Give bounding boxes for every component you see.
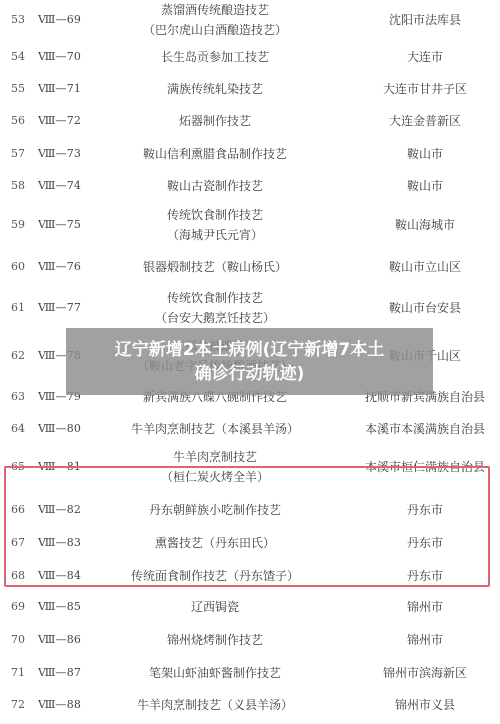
project-name: 牛羊肉烹制技艺（义县羊汤） <box>110 697 320 713</box>
row-number: 71 <box>11 665 25 681</box>
table-row: 72Ⅷ—88牛羊肉烹制技艺（义县羊汤）锦州市义县 <box>0 697 500 713</box>
applicant-location: 鞍山市 <box>340 146 500 162</box>
project-code: Ⅷ—88 <box>38 697 81 713</box>
applicant-location: 锦州市 <box>340 599 500 615</box>
project-code: Ⅷ—77 <box>38 288 81 328</box>
project-name: 传统饮食制作技艺（台安大鹅烹饪技艺） <box>110 288 320 328</box>
project-name-line: 牛羊肉烹制技艺（本溪县羊汤） <box>110 421 320 437</box>
project-name-line: 辽西锔瓷 <box>110 599 320 615</box>
project-name: 鞍山信利熏腊食品制作技艺 <box>110 146 320 162</box>
row-number: 62 <box>11 336 25 376</box>
project-name-line: 炻器制作技艺 <box>110 113 320 129</box>
project-name: 蒸馏酒传统酿造技艺（巴尔虎山白酒酿造技艺） <box>110 0 320 40</box>
table-row: 61Ⅷ—77传统饮食制作技艺（台安大鹅烹饪技艺）鞍山市台安县 <box>0 288 500 328</box>
project-name-line: 传统饮食制作技艺 <box>110 205 320 225</box>
row-number: 59 <box>11 205 25 245</box>
project-code: Ⅷ—87 <box>38 665 81 681</box>
row-number: 69 <box>11 599 25 615</box>
project-name-line: 传统饮食制作技艺 <box>110 288 320 308</box>
row-number: 63 <box>11 389 25 405</box>
applicant-location: 大连市甘井子区 <box>340 81 500 97</box>
table-row: 60Ⅷ—76银器煅制技艺（鞍山杨氏）鞍山市立山区 <box>0 259 500 275</box>
applicant-location: 鞍山海城市 <box>340 205 500 245</box>
table-row: 57Ⅷ—73鞍山信利熏腊食品制作技艺鞍山市 <box>0 146 500 162</box>
row-number: 58 <box>11 178 25 194</box>
project-code: Ⅷ—73 <box>38 146 81 162</box>
table-row: 71Ⅷ—87笔架山虾油虾酱制作技艺锦州市滨海新区 <box>0 665 500 681</box>
headline-overlay[interactable]: 辽宁新增2本土病例(辽宁新增7本土 确诊行动轨迹) <box>66 328 433 395</box>
table-row: 64Ⅷ—80牛羊肉烹制技艺（本溪县羊汤）本溪市本溪满族自治县 <box>0 421 500 437</box>
applicant-location: 鞍山市 <box>340 178 500 194</box>
row-number: 55 <box>11 81 25 97</box>
project-code: Ⅷ—74 <box>38 178 81 194</box>
project-name-line: （台安大鹅烹饪技艺） <box>110 308 320 328</box>
row-number: 60 <box>11 259 25 275</box>
row-number: 64 <box>11 421 25 437</box>
project-name: 银器煅制技艺（鞍山杨氏） <box>110 259 320 275</box>
table-row: 56Ⅷ—72炻器制作技艺大连金普新区 <box>0 113 500 129</box>
project-code: Ⅷ—70 <box>38 49 81 65</box>
table-row: 70Ⅷ—86锦州烧烤制作技艺锦州市 <box>0 632 500 648</box>
project-name-line: 银器煅制技艺（鞍山杨氏） <box>110 259 320 275</box>
applicant-location: 沈阳市法库县 <box>340 0 500 40</box>
row-number: 61 <box>11 288 25 328</box>
table-row: 54Ⅷ—70长生岛贡参加工技艺大连市 <box>0 49 500 65</box>
row-number: 56 <box>11 113 25 129</box>
project-name-line: 长生岛贡参加工技艺 <box>110 49 320 65</box>
project-code: Ⅷ—85 <box>38 599 81 615</box>
project-name-line: 牛羊肉烹制技艺 <box>110 447 320 467</box>
project-name: 传统饮食制作技艺（海城尹氏元宵） <box>110 205 320 245</box>
applicant-location: 大连金普新区 <box>340 113 500 129</box>
table-row: 58Ⅷ—74鞍山古瓷制作技艺鞍山市 <box>0 178 500 194</box>
headline-line-2: 确诊行动轨迹) <box>195 362 305 386</box>
project-name-line: 锦州烧烤制作技艺 <box>110 632 320 648</box>
project-code: Ⅷ—86 <box>38 632 81 648</box>
row-number: 72 <box>11 697 25 713</box>
project-name-line: 蒸馏酒传统酿造技艺 <box>110 0 320 20</box>
row-number: 70 <box>11 632 25 648</box>
row-number: 54 <box>11 49 25 65</box>
row-number: 57 <box>11 146 25 162</box>
applicant-location: 本溪市本溪满族自治县 <box>340 421 500 437</box>
project-code: Ⅷ—80 <box>38 421 81 437</box>
applicant-location: 鞍山市台安县 <box>340 288 500 328</box>
highlight-box-dandong <box>4 466 490 587</box>
applicant-location: 锦州市滨海新区 <box>340 665 500 681</box>
project-name: 辽西锔瓷 <box>110 599 320 615</box>
project-name: 炻器制作技艺 <box>110 113 320 129</box>
table-row: 55Ⅷ—71满族传统轧染技艺大连市甘井子区 <box>0 81 500 97</box>
project-name: 牛羊肉烹制技艺（本溪县羊汤） <box>110 421 320 437</box>
project-name: 笔架山虾油虾酱制作技艺 <box>110 665 320 681</box>
project-name: 鞍山古瓷制作技艺 <box>110 178 320 194</box>
table-row: 59Ⅷ—75传统饮食制作技艺（海城尹氏元宵）鞍山海城市 <box>0 205 500 245</box>
project-name: 满族传统轧染技艺 <box>110 81 320 97</box>
project-name: 长生岛贡参加工技艺 <box>110 49 320 65</box>
project-name-line: 笔架山虾油虾酱制作技艺 <box>110 665 320 681</box>
project-name-line: （巴尔虎山白酒酿造技艺） <box>110 20 320 40</box>
project-name-line: 鞍山信利熏腊食品制作技艺 <box>110 146 320 162</box>
table-row: 69Ⅷ—85辽西锔瓷锦州市 <box>0 599 500 615</box>
project-code: Ⅷ—72 <box>38 113 81 129</box>
project-code: Ⅷ—76 <box>38 259 81 275</box>
project-name-line: 牛羊肉烹制技艺（义县羊汤） <box>110 697 320 713</box>
table-row: 53Ⅷ—69蒸馏酒传统酿造技艺（巴尔虎山白酒酿造技艺）沈阳市法库县 <box>0 0 500 40</box>
applicant-location: 大连市 <box>340 49 500 65</box>
project-name-line: 鞍山古瓷制作技艺 <box>110 178 320 194</box>
project-code: Ⅷ—69 <box>38 0 81 40</box>
project-code: Ⅷ—75 <box>38 205 81 245</box>
project-name-line: 满族传统轧染技艺 <box>110 81 320 97</box>
applicant-location: 锦州市 <box>340 632 500 648</box>
headline-line-1: 辽宁新增2本土病例(辽宁新增7本土 <box>115 338 384 362</box>
project-name-line: （海城尹氏元宵） <box>110 225 320 245</box>
project-code: Ⅷ—71 <box>38 81 81 97</box>
applicant-location: 锦州市义县 <box>340 697 500 713</box>
applicant-location: 鞍山市立山区 <box>340 259 500 275</box>
project-name: 锦州烧烤制作技艺 <box>110 632 320 648</box>
row-number: 53 <box>11 0 25 40</box>
